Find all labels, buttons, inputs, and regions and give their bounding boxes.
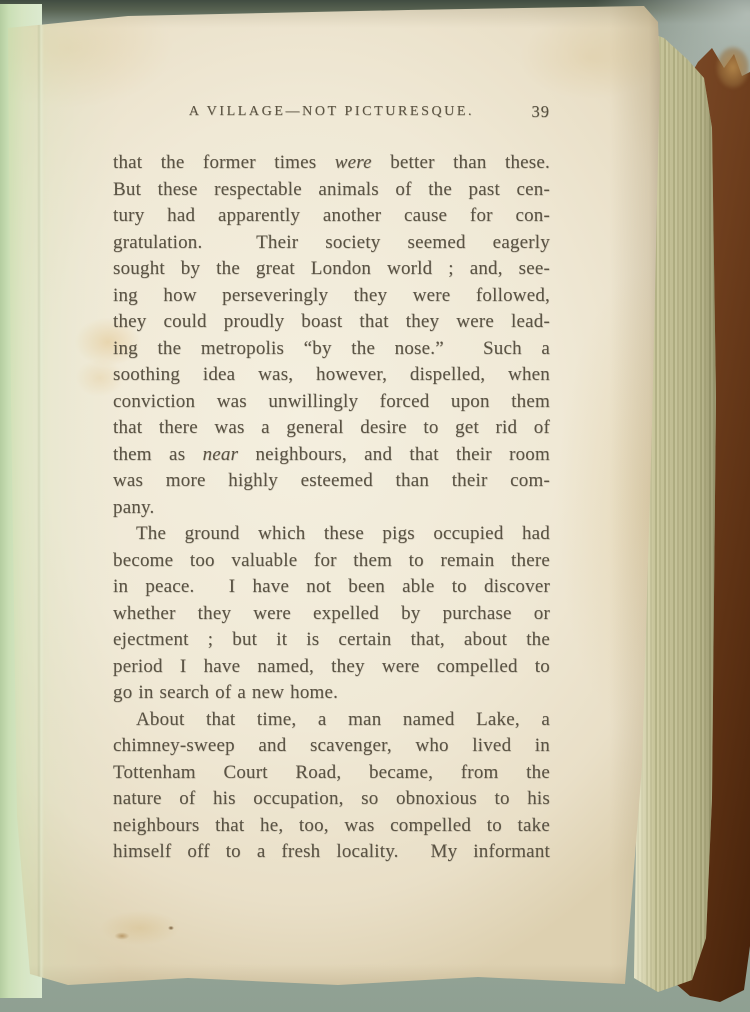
text-segment: them as: [113, 444, 203, 465]
text-line: period I have named, they were compelled…: [113, 654, 550, 681]
text-segment: pany.: [113, 497, 154, 518]
text-line: in peace. I have not been able to discov…: [113, 574, 550, 601]
text-line: ejectment ; but it is certain that, abou…: [113, 627, 550, 654]
text-line: ing how perseveringly they were followed…: [113, 283, 550, 310]
text-segment: ing the metropolis “by the nose.” Such a: [113, 338, 550, 359]
text-line: them as near neighbours, and that their …: [113, 442, 550, 469]
text-segment: neighbours, and that their room: [238, 444, 550, 465]
text-line: About that time, a man named Lake, a: [113, 707, 550, 734]
text-segment: become too valuable for them to remain t…: [113, 550, 550, 571]
text-segment: was more highly esteemed than their com-: [113, 470, 550, 491]
text-line: But these respectable animals of the pas…: [113, 177, 550, 204]
text-line: that the former times were better than t…: [113, 150, 550, 177]
text-line: neighbours that he, too, was compelled t…: [113, 813, 550, 840]
text-segment: were: [335, 152, 372, 173]
text-line: conviction was unwillingly forced upon t…: [113, 389, 550, 416]
text-line: sought by the great London world ; and, …: [113, 256, 550, 283]
text-segment: that there was a general desire to get r…: [113, 417, 550, 438]
text-segment: nature of his occupation, so obnoxious t…: [113, 788, 550, 809]
book-page: A VILLAGE—NOT PICTURESQUE. 39 that the f…: [8, 6, 662, 990]
text-line: soothing idea was, however, dispelled, w…: [113, 362, 550, 389]
text-segment: conviction was unwillingly forced upon t…: [113, 391, 550, 412]
text-line: gratulation. Their society seemed eagerl…: [113, 230, 550, 257]
text-segment: in peace. I have not been able to discov…: [113, 576, 550, 597]
text-line: ing the metropolis “by the nose.” Such a: [113, 336, 550, 363]
text-segment: neighbours that he, too, was compelled t…: [113, 815, 550, 836]
text-segment: Tottenham Court Road, became, from the: [113, 762, 550, 783]
text-segment: soothing idea was, however, dispelled, w…: [113, 364, 550, 385]
text-segment: ejectment ; but it is certain that, abou…: [113, 629, 550, 650]
text-segment: But these respectable animals of the pas…: [113, 179, 550, 200]
text-segment: whether they were expelled by purchase o…: [113, 603, 550, 624]
text-line: they could proudly boast that they were …: [113, 309, 550, 336]
text-segment: ing how perseveringly they were followed…: [113, 285, 550, 306]
text-segment: himself off to a fresh locality. My info…: [113, 841, 550, 862]
text-line: nature of his occupation, so obnoxious t…: [113, 786, 550, 813]
text-line: chimney-sweep and scavenger, who lived i…: [113, 733, 550, 760]
text-segment: sought by the great London world ; and, …: [113, 258, 550, 279]
text-line: was more highly esteemed than their com-: [113, 468, 550, 495]
text-column: A VILLAGE—NOT PICTURESQUE. 39 that the f…: [113, 97, 550, 866]
text-segment: that the former times: [113, 152, 335, 173]
text-line: pany.: [113, 495, 550, 522]
text-line: go in search of a new home.: [113, 680, 550, 707]
running-title: A VILLAGE—NOT PICTURESQUE.: [113, 99, 550, 125]
text-segment: near: [203, 444, 239, 465]
text-segment: period I have named, they were compelled…: [113, 656, 550, 677]
text-segment: go in search of a new home.: [113, 682, 338, 703]
page-number: 39: [532, 99, 551, 125]
text-line: become too valuable for them to remain t…: [113, 548, 550, 575]
text-segment: tury had apparently another cause for co…: [113, 205, 550, 226]
text-segment: better than these.: [372, 152, 550, 173]
text-line: The ground which these pigs occupied had: [113, 521, 550, 548]
text-line: tury had apparently another cause for co…: [113, 203, 550, 230]
text-segment: chimney-sweep and scavenger, who lived i…: [113, 735, 550, 756]
text-segment: they could proudly boast that they were …: [113, 311, 550, 332]
page-header: A VILLAGE—NOT PICTURESQUE. 39: [113, 97, 550, 125]
text-line: Tottenham Court Road, became, from the: [113, 760, 550, 787]
text-line: whether they were expelled by purchase o…: [113, 601, 550, 628]
text-line: himself off to a fresh locality. My info…: [113, 839, 550, 866]
text-block: that the former times were better than t…: [113, 150, 550, 866]
book-photo: A VILLAGE—NOT PICTURESQUE. 39 that the f…: [0, 0, 750, 1012]
text-segment: About that time, a man named Lake, a: [136, 709, 550, 730]
frayed-cover-corner: [712, 44, 750, 96]
text-segment: gratulation. Their society seemed eagerl…: [113, 232, 550, 253]
text-line: that there was a general desire to get r…: [113, 415, 550, 442]
text-segment: The ground which these pigs occupied had: [136, 523, 550, 544]
